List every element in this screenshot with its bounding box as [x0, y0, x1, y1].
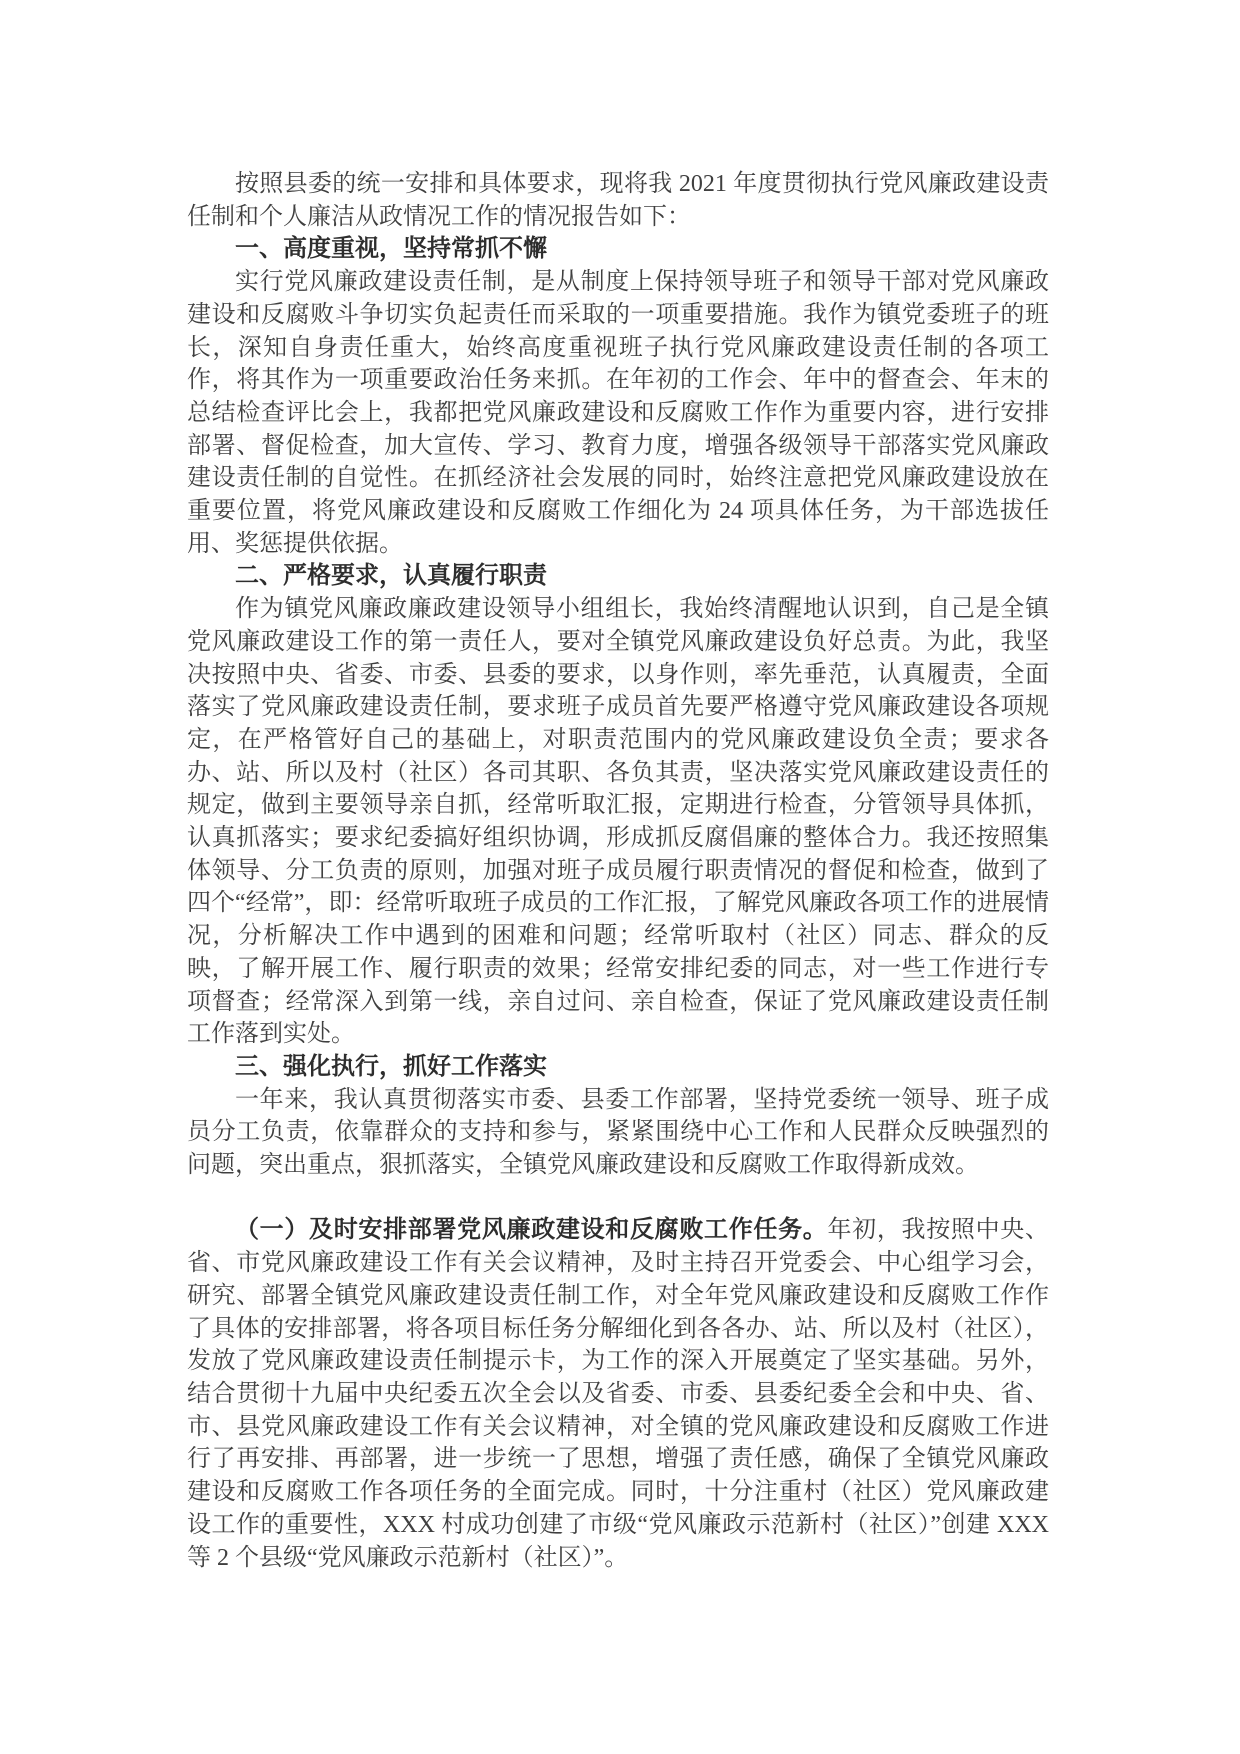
- section-1-paragraph: 实行党风廉政建设责任制，是从制度上保持领导班子和领导干部对党风廉政建设和反腐败斗…: [187, 266, 1049, 560]
- section-heading-3: 三、强化执行，抓好工作落实: [187, 1051, 1049, 1084]
- intro-paragraph: 按照县委的统一安排和具体要求，现将我 2021 年度贯彻执行党风廉政建设责任制和…: [187, 168, 1049, 233]
- subsection-1-lead: （一）及时安排部署党风廉政建设和反腐败工作任务。: [235, 1217, 828, 1243]
- subsection-1-body: 年初，我按照中央、省、市党风廉政建设工作有关会议精神，及时主持召开党委会、中心组…: [187, 1217, 1049, 1570]
- section-3-paragraph: 一年来，我认真贯彻落实市委、县委工作部署，坚持党委统一领导、班子成员分工负责，依…: [187, 1084, 1049, 1182]
- document-text-block: 按照县委的统一安排和具体要求，现将我 2021 年度贯彻执行党风廉政建设责任制和…: [187, 168, 1049, 1574]
- section-2-paragraph: 作为镇党风廉政廉政建设领导小组组长，我始终清醒地认识到，自己是全镇党风廉政建设工…: [187, 593, 1049, 1051]
- document-page: 按照县委的统一安排和具体要求，现将我 2021 年度贯彻执行党风廉政建设责任制和…: [0, 0, 1240, 1754]
- section-heading-1: 一、高度重视，坚持常抓不懈: [187, 233, 1049, 266]
- subsection-1-paragraph: （一）及时安排部署党风廉政建设和反腐败工作任务。年初，我按照中央、省、市党风廉政…: [187, 1214, 1049, 1574]
- section-heading-2: 二、严格要求，认真履行职责: [187, 560, 1049, 593]
